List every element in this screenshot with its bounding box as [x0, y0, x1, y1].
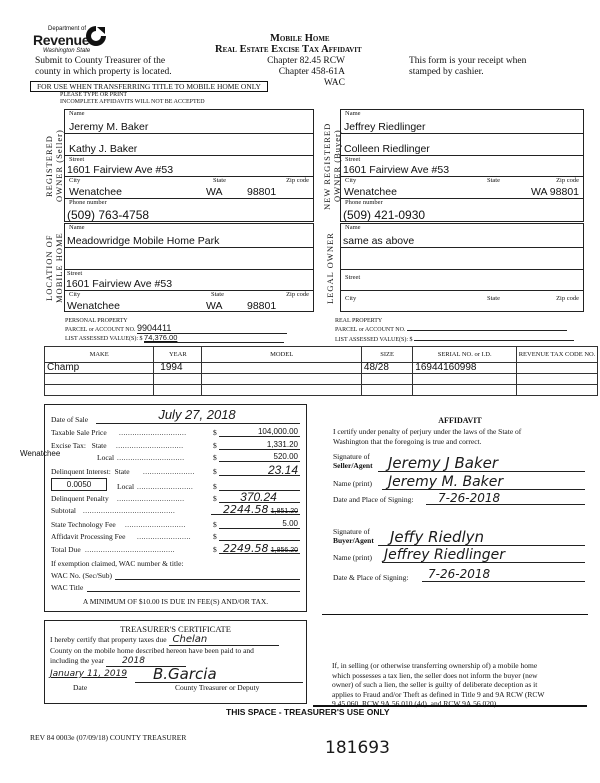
taxable-price-field[interactable]: 104,000.00 — [219, 426, 300, 437]
legal-owner-section-label: LEGAL OWNER — [325, 224, 335, 312]
wac-title-row: WAC Title — [51, 581, 300, 592]
subtotal-field[interactable]: 2244.58 1,851.20 — [211, 504, 300, 515]
cell-year[interactable] — [154, 385, 202, 396]
minimum-due-notice: A MINIMUM OF $10.00 IS DUE IN FEE(S) AND… — [45, 597, 306, 606]
seller-name2-field[interactable]: Kathy J. Baker — [65, 134, 313, 156]
personal-assessed-value: LIST ASSESSED VALUE(S): $ 74,376.00 — [65, 334, 310, 343]
location-street-field[interactable]: Street 1601 Fairview Ave #53 — [65, 270, 313, 291]
seller-signature-label: Signature of Seller/Agent — [333, 452, 373, 470]
date-of-sale-row: Date of Sale July 27, 2018 — [51, 408, 300, 424]
real-assessed-field[interactable] — [414, 334, 574, 341]
cell-tax-code[interactable] — [517, 374, 598, 385]
cell-model[interactable] — [202, 374, 362, 385]
buyer-date-place-field[interactable]: 7-26-2018 — [422, 566, 585, 582]
treasurer-signature-label: County Treasurer or Deputy — [175, 683, 259, 693]
treasurer-date-field[interactable]: January 11, 2019 — [50, 669, 127, 679]
transfer-notice: FOR USE WHEN TRANSFERRING TITLE TO MOBIL… — [30, 81, 268, 92]
real-account-field[interactable] — [407, 324, 567, 331]
buyer-name-print-label: Name (print) — [333, 553, 372, 563]
col-model: MODEL — [202, 347, 362, 363]
buyer-signature-label: Signature of Buyer/Agent — [333, 527, 374, 545]
buyer-signature-field[interactable]: Jeffy Riedlyn — [378, 528, 585, 546]
seller-name-print-label: Name (print) — [333, 479, 372, 489]
type-or-print-note: PLEASE TYPE OR PRINT — [60, 92, 127, 99]
seller-box: Name Jeremy M. Baker Kathy J. Baker Stre… — [64, 109, 314, 222]
total-due-row: Total Due ..............................… — [51, 543, 300, 554]
table-row — [45, 374, 598, 385]
seller-date-place-label: Date and Place of Signing: — [333, 495, 413, 505]
legal-owner-name2-field[interactable] — [341, 248, 583, 270]
cell-make[interactable] — [45, 385, 154, 396]
exemption-label-row: If exemption claimed, WAC number & title… — [51, 557, 300, 568]
wac-no-row: WAC No. (Sec/Sub) — [51, 569, 300, 580]
buyer-city-row[interactable]: City State Zip code Wenatchee WA 98801 — [341, 177, 583, 199]
delinquent-state-row: Delinquent Interest: State .............… — [51, 465, 300, 476]
col-make: MAKE — [45, 347, 154, 363]
local-rate-field[interactable]: 0.0050 — [51, 478, 107, 491]
excise-state-row: Excise Tax: State ......................… — [51, 439, 300, 450]
delinquent-penalty-row: Delinquent Penalty .....................… — [51, 492, 300, 503]
real-property-account: PARCEL or ACCOUNT NO. — [335, 324, 585, 334]
buyer-box: Name Jeffrey Riedlinger Colleen Riedling… — [340, 109, 584, 222]
real-assessed-value: LIST ASSESSED VALUE(S): $ — [335, 334, 585, 344]
excise-local-field[interactable]: 520.00 — [219, 451, 300, 462]
seller-signature-field[interactable]: Jeremy J Baker — [378, 454, 585, 472]
seller-name1-field[interactable]: Name Jeremy M. Baker — [65, 110, 313, 134]
incomplete-affidavit-note: INCOMPLETE AFFIDAVITS WILL NOT BE ACCEPT… — [60, 99, 205, 106]
taxable-price-row: Taxable Sale Price .....................… — [51, 426, 300, 437]
tech-fee-row: State Technology Fee ...................… — [51, 518, 300, 529]
location-name-field[interactable]: Name Meadowridge Mobile Home Park — [65, 224, 313, 248]
excise-state-field[interactable]: 1,331.20 — [219, 439, 300, 450]
cell-year[interactable]: 1994 — [154, 363, 202, 374]
buyer-name-print-field[interactable]: Jeffrey Riedlinger — [382, 547, 585, 563]
location-section-label: LOCATION OFMOBILE HOME — [44, 224, 64, 312]
tech-fee-field[interactable]: 5.00 — [219, 518, 300, 529]
affidavit-title: AFFIDAVIT — [320, 416, 600, 426]
total-due-field[interactable]: 2249.58 1,856.20 — [219, 543, 300, 554]
submit-instructions: Submit to County Treasurer of the county… — [35, 56, 172, 78]
location-box: Name Meadowridge Mobile Home Park Street… — [64, 223, 314, 312]
legal-owner-city-row[interactable]: City State Zip code — [341, 291, 583, 312]
wac-no-field[interactable] — [115, 569, 300, 580]
handwritten-receipt-number: 181693 — [325, 738, 390, 758]
logo-revenue-text: Revenue — [33, 32, 89, 48]
revenue-logo-icon — [84, 24, 108, 48]
cell-size[interactable] — [361, 385, 412, 396]
wac-title-field[interactable] — [87, 581, 300, 592]
cell-serial[interactable]: 16944160998 — [413, 363, 517, 374]
treasurer-signature-field[interactable]: B.Garcia — [135, 665, 303, 683]
legal-owner-box: Name same as above Street City State Zip… — [340, 223, 584, 312]
seller-name-print-field[interactable]: Jeremy M. Baker — [382, 474, 585, 490]
subtotal-row: Subtotal ...............................… — [51, 504, 300, 515]
seller-section-label: REGISTEREDOWNER (Seller) — [44, 110, 64, 222]
location-name2-field[interactable] — [65, 248, 313, 270]
tax-calculation-box: Date of Sale July 27, 2018 Taxable Sale … — [44, 404, 307, 612]
form-title-line2: Real Estate Excise Tax Affidavit — [215, 44, 362, 55]
mobile-home-table: MAKE YEAR MODEL SIZE SERIAL NO. or I.D. … — [44, 346, 598, 396]
buyer-section-label: NEW REGISTEREDOWNER (Buyer) — [322, 110, 342, 222]
seller-date-place-field[interactable]: 7-26-2018 — [426, 491, 585, 505]
affidavit-statement: I certify under penalty of perjury under… — [333, 427, 598, 447]
buyer-name1-field[interactable]: Name Jeffrey Riedlinger — [341, 110, 583, 134]
col-serial: SERIAL NO. or I.D. — [413, 347, 517, 363]
table-row: Champ 1994 48/28 16944160998 — [45, 363, 598, 374]
date-of-sale-field[interactable]: July 27, 2018 — [96, 408, 300, 424]
seller-city-row[interactable]: City State Zip code Wenatchee WA 98801 — [65, 177, 313, 199]
seller-phone-field[interactable]: Phone number (509) 763-4758 — [65, 199, 313, 222]
processing-fee-field[interactable] — [219, 530, 300, 541]
affidavit-divider — [322, 614, 588, 615]
treasurer-certificate-box: TREASURER'S CERTIFICATE I hereby certify… — [44, 620, 307, 704]
treasurer-date-label: Date — [73, 683, 87, 693]
col-tax-code: REVENUE TAX CODE NO. — [517, 347, 598, 363]
treasurer-cert-text1: I hereby certify that property taxes due… — [50, 635, 279, 646]
legal-owner-street-field[interactable]: Street — [341, 270, 583, 291]
col-year: YEAR — [154, 347, 202, 363]
treasurer-cert-title: TREASURER'S CERTIFICATE — [45, 624, 306, 634]
form-title-line1: Mobile Home — [270, 33, 330, 44]
legal-owner-name-field[interactable]: Name same as above — [341, 224, 583, 248]
county-field[interactable]: Chelan — [169, 635, 279, 646]
tax-lien-warning: If, in selling (or otherwise transferrin… — [332, 661, 597, 709]
processing-fee-row: Affidavit Processing Fee ...............… — [51, 530, 300, 541]
cell-serial[interactable] — [413, 374, 517, 385]
local-city-overlay: Wenatchee — [20, 449, 60, 458]
personal-assessed-field[interactable]: 74,376.00 — [144, 334, 284, 343]
cell-make[interactable]: Champ — [45, 363, 154, 374]
buyer-name2-field[interactable]: Colleen Riedlinger — [341, 134, 583, 156]
treasurer-use-only-label: THIS SPACE - TREASURER'S USE ONLY — [226, 707, 390, 717]
form-revision-id: REV 84 0003e (07/09/18) COUNTY TREASURER — [30, 733, 186, 742]
cell-serial[interactable] — [413, 385, 517, 396]
delinquent-penalty-field[interactable]: 370.24 — [219, 492, 300, 503]
table-row — [45, 385, 598, 396]
cell-model[interactable] — [202, 385, 362, 396]
delinquent-state-field[interactable]: 23.14 — [219, 465, 300, 476]
buyer-date-place-label: Date & Place of Signing: — [333, 573, 408, 583]
treasurer-cert-text2: County on the mobile home described here… — [50, 646, 254, 656]
cell-size[interactable]: 48/28 — [361, 363, 412, 374]
excise-local-row: Local .............................. $ 5… — [51, 451, 300, 462]
personal-property-account: PARCEL or ACCOUNT NO. 9904411 — [65, 324, 310, 334]
chapter-references: Chapter 82.45 RCW Chapter 458-61A WAC — [267, 56, 345, 89]
cell-tax-code[interactable] — [517, 385, 598, 396]
logo-state-text: Washington State — [43, 48, 90, 54]
cell-tax-code[interactable] — [517, 363, 598, 374]
col-size: SIZE — [361, 347, 412, 363]
cell-size[interactable] — [361, 374, 412, 385]
location-city-row[interactable]: City State Zip code Wenatchee WA 98801 — [65, 291, 313, 312]
buyer-street-field[interactable]: Street 1601 Fairview Ave #53 — [341, 156, 583, 177]
seller-street-field[interactable]: Street 1601 Fairview Ave #53 — [65, 156, 313, 177]
cell-model[interactable] — [202, 363, 362, 374]
table-header-row: MAKE YEAR MODEL SIZE SERIAL NO. or I.D. … — [45, 347, 598, 363]
receipt-note: This form is your receipt when stamped b… — [409, 56, 526, 78]
cell-make[interactable] — [45, 374, 154, 385]
buyer-phone-field[interactable]: Phone number (509) 421-0930 — [341, 199, 583, 222]
cell-year[interactable] — [154, 374, 202, 385]
